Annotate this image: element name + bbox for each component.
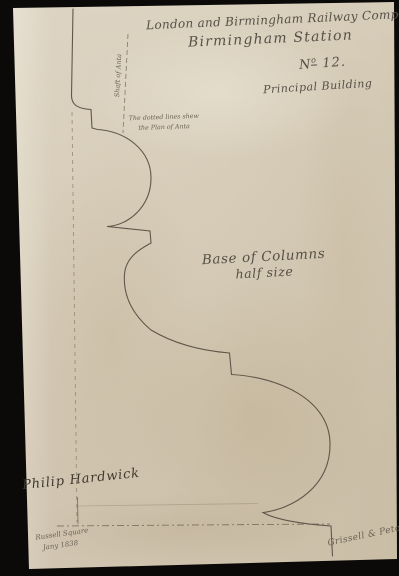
title-station: Birmingham Station: [188, 27, 353, 50]
drawing-number-rest: 12.: [317, 55, 347, 72]
annotation-layer: London and Birmingham Railway Compy Birm…: [0, 0, 399, 576]
title-company: London and Birmingham Railway Compy: [146, 7, 390, 33]
office-and-date: Russell Square Jany 1838: [35, 525, 91, 553]
title-company-text: London and Birmingham Railway Comp: [146, 7, 399, 32]
shaft-of-anta-label: Shaft of Anta: [113, 54, 123, 98]
counter-signature: Grissell & Peto: [327, 523, 399, 548]
dotted-lines-note: The dotted lines shew the Plan of Anta: [124, 112, 205, 134]
drawing-caption: Base of Columns half size: [192, 245, 335, 283]
title-subtitle: Principal Building: [263, 77, 373, 97]
architect-signature: Philip Hardwick: [22, 466, 141, 493]
drawing-number: No 12.: [299, 54, 347, 73]
